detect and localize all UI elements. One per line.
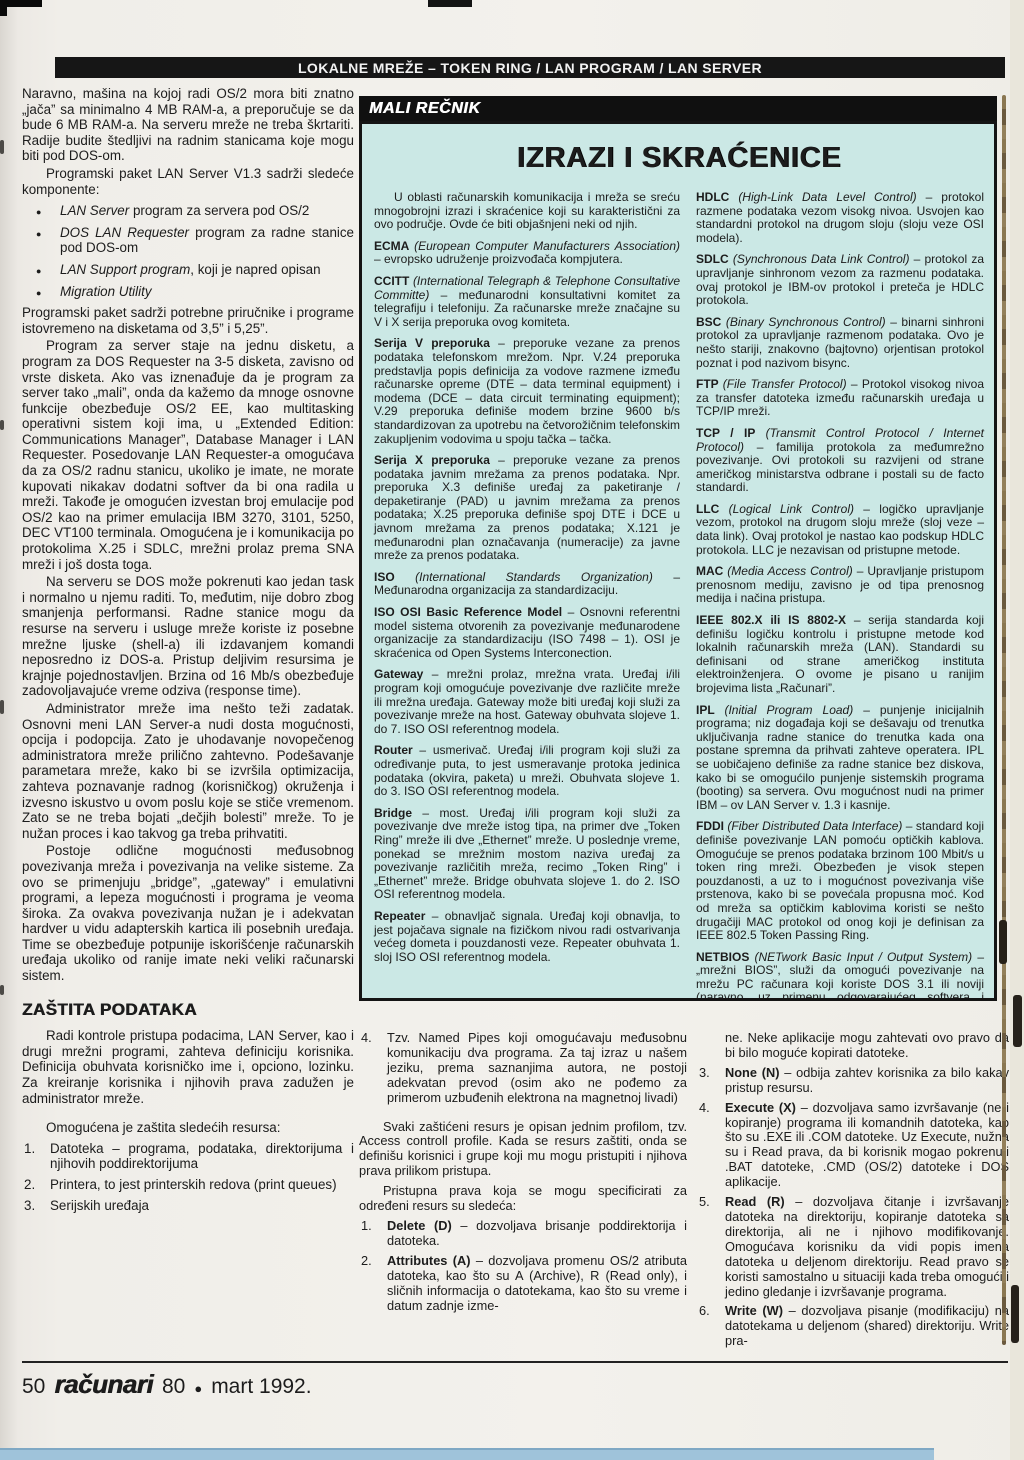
entry-term: Gateway [374, 667, 432, 681]
entry-expansion: (European Computer Manufacturers Associa… [414, 239, 680, 253]
text-block: ●LAN Server program za servera pod OS/2 [22, 203, 354, 219]
footer-rule [22, 1361, 1008, 1363]
scan-paper-edge [1010, 0, 1024, 1460]
entry-term: Bridge [374, 806, 422, 820]
text-block: Radi kontrole pristupa podacima, LAN Ser… [22, 1028, 354, 1106]
term-text: LAN Server [60, 203, 133, 218]
glossary-left-entries: ECMA (European Computer Manufacturers As… [374, 240, 680, 965]
entry-term: Serija V preporuka [374, 336, 498, 350]
text-block: 3.None (N) – odbija zahtev korisnika za … [697, 1066, 1009, 1096]
issue-number: 80 [162, 1375, 185, 1399]
entry-expansion: (Synchronous Data Link Control) [733, 252, 910, 266]
text-block: 5.Read (R) – dozvoljava čitanje i izvrša… [697, 1195, 1009, 1299]
entry-expansion: (File Transfer Protocol) [723, 377, 847, 391]
entry-expansion: (Initial Program Load) [724, 703, 853, 717]
glossary-entry: Repeater – obnavljač signala. Uređaj koj… [374, 910, 680, 964]
text-block: ●LAN Support program, koji je napred opi… [22, 262, 354, 278]
glossary-label: MALI REČNIK [369, 100, 480, 118]
scan-edge-tick [0, 700, 4, 714]
entry-expansion: (Media Access Control) [727, 564, 852, 578]
body-text: Serijskih uređaja [50, 1198, 149, 1213]
glossary-right-entries: HDLC (High-Link Data Level Control) – pr… [696, 191, 984, 1001]
entry-term: ISO [374, 570, 415, 584]
glossary-entry: IEEE 802.X ili IS 8802-X – serija standa… [696, 614, 984, 696]
glossary-entry: Gateway – mrežni prolaz, mrežna vrata. U… [374, 668, 680, 736]
list-marker: ● [36, 205, 41, 221]
entry-term: FTP [696, 377, 723, 391]
text-block: Postoje odlične mogućnosti međusobnog po… [22, 843, 354, 983]
glossary-intro: U oblasti računarskih komunikacija i mre… [374, 191, 680, 232]
glossary-entry: ISO (International Standards Organizatio… [374, 571, 680, 598]
footer-date: mart 1992. [211, 1375, 311, 1399]
body-text: Na serveru se DOS može pokrenuti kao jed… [22, 574, 354, 698]
entry-term: Serija X preporuka [374, 453, 498, 467]
scan-edge-tick [0, 140, 4, 154]
text-block: Na serveru se DOS može pokrenuti kao jed… [22, 574, 354, 699]
entry-expansion: (Logical Link Control) [729, 502, 854, 516]
body-text: Naravno, mašina na kojoj radi OS/2 mora … [22, 86, 354, 163]
entry-term: Repeater [374, 909, 432, 923]
entry-term: Router [374, 743, 419, 757]
term-text: Migration Utility [60, 284, 152, 299]
list-marker: ● [36, 286, 41, 302]
scan-edge-tick [0, 985, 4, 995]
text-block: 4.Tzv. Named Pipes koji omogućavaju među… [359, 1031, 687, 1106]
glossary-entry: LLC (Logical Link Control) – logičko upr… [696, 503, 984, 557]
text-block: Program za server staje na jednu disketu… [22, 338, 354, 572]
glossary-entry: BSC (Binary Synchronous Control) – binar… [696, 316, 984, 370]
entry-term: ISO OSI Basic Reference Model [374, 605, 568, 619]
entry-definition: – usmerivač. Uređaj i/ili program koji s… [374, 743, 680, 798]
entry-term: IEEE 802.X ili IS 8802-X [696, 613, 854, 627]
list-marker: 2. [361, 1254, 372, 1269]
entry-definition: – standard koji definiše povezivanje LAN… [696, 819, 984, 942]
magazine-page: LOKALNE MREŽE – TOKEN RING / LAN PROGRAM… [0, 0, 1024, 1460]
entry-expansion: (High-Link Data Level Control) [738, 190, 916, 204]
list-marker: ● [36, 227, 41, 243]
body-text: program za servera pod OS/2 [133, 203, 309, 218]
glossary-columns: U oblasti računarskih komunikacija i mre… [374, 191, 984, 1001]
body-text: Postoje odlične mogućnosti međusobnog po… [22, 843, 354, 983]
entry-expansion: (NETwork Basic Input / Output System) [755, 950, 973, 964]
body-text: Program za server staje na jednu disketu… [22, 338, 354, 571]
entry-expansion: (Fiber Distributed Data Interface) [727, 819, 902, 833]
text-block: 2.Attributes (A) – dozvoljava promenu OS… [359, 1254, 687, 1314]
body-text: , koji je napred opisan [190, 262, 320, 277]
body-text: Radi kontrole pristupa podacima, LAN Ser… [22, 1028, 354, 1105]
list-marker: 2. [24, 1177, 35, 1193]
text-block: 1.Delete (D) – dozvoljava brisanje poddi… [359, 1219, 687, 1249]
glossary-entry: Serija V preporuka – preporuke vezane za… [374, 337, 680, 446]
glossary-box: MALI REČNIK IZRAZI I SKRAĆENICE U oblast… [359, 96, 997, 1001]
entry-term: BSC [696, 315, 726, 329]
glossary-entry: Bridge – most. Uređaj i/ili program koji… [374, 807, 680, 902]
scan-edge-tick [0, 420, 4, 430]
text-block: ZAŠTITA PODATAKA [22, 1002, 354, 1018]
entry-definition: – preporuke vezane za prenos podataka ja… [374, 453, 680, 562]
glossary-entry: ISO OSI Basic Reference Model – Osnovni … [374, 606, 680, 660]
entry-definition: – punjenje inicijalnih programa; niz dog… [696, 703, 984, 812]
term-text: Attributes (A) [387, 1253, 476, 1268]
list-marker: 1. [24, 1141, 35, 1157]
glossary-entry: HDLC (High-Link Data Level Control) – pr… [696, 191, 984, 245]
entry-definition: – preporuke vezane za prenos podataka te… [374, 336, 680, 445]
glossary-entry: Serija X preporuka – preporuke vezane za… [374, 454, 680, 563]
list-marker: 1. [361, 1219, 372, 1234]
entry-definition: – evropsko udruženje proizvođača kompjut… [374, 252, 623, 266]
entry-term: TCP / IP [696, 426, 766, 440]
text-block: 3.Serijskih uređaja [22, 1198, 354, 1214]
scan-ink-blob [1011, 1285, 1019, 1343]
body-text: Programski paket sadrži potrebne priručn… [22, 305, 354, 336]
text-block: Programski paket LAN Server V1.3 sadrži … [22, 166, 354, 197]
text-block: Omogućena je zaštita sledećih resursa: [22, 1120, 354, 1136]
text-block: Administrator mreže ima nešto teži zadat… [22, 701, 354, 841]
text-block: Svaki zaštićeni resurs je opisan jednim … [359, 1120, 687, 1180]
body-text: Tzv. Named Pipes koji omogućavaju međuso… [387, 1030, 687, 1105]
term-text: Delete (D) [387, 1218, 460, 1233]
scan-bottom-band [0, 1448, 934, 1460]
footer-bullet-icon: ● [194, 1381, 202, 1396]
entry-expansion: (International Standards Organization) [415, 570, 653, 584]
entry-term: SDLC [696, 252, 733, 266]
term-text: None (N) [725, 1065, 784, 1080]
text-block: 6.Write (W) – dozvoljava pisanje (modifi… [697, 1304, 1009, 1349]
scan-corner-mark [0, 0, 7, 16]
glossary-entry: IPL (Initial Program Load) – punjenje in… [696, 704, 984, 813]
entry-term: ECMA [374, 239, 414, 253]
entry-term: IPL [696, 703, 724, 717]
magazine-logo: računari [54, 1369, 153, 1400]
glossary-entry: ECMA (European Computer Manufacturers As… [374, 240, 680, 267]
entry-term: NETBIOS [696, 950, 755, 964]
entry-term: MAC [696, 564, 727, 578]
glossary-entry: CCITT (International Telegraph & Telepho… [374, 275, 680, 329]
list-marker: 5. [699, 1195, 710, 1210]
glossary-entry: MAC (Media Access Control) – Upravljanje… [696, 565, 984, 606]
text-block: ne. Neke aplikacije mogu zahtevati ovo p… [697, 1031, 1009, 1061]
top-nav-bar: LOKALNE MREŽE – TOKEN RING / LAN PROGRAM… [55, 57, 1005, 78]
entry-term: LLC [696, 502, 729, 516]
text-block: Pristupna prava koja se mogu specificira… [359, 1184, 687, 1214]
entry-definition: – most. Uređaj i/ili program koji služi … [374, 806, 680, 902]
body-text: Pristupna prava koja se mogu specificira… [359, 1183, 687, 1213]
text-block: 1.Datoteka – programa, podataka, direkto… [22, 1141, 354, 1172]
entry-expansion: (Binary Synchronous Control) [726, 315, 886, 329]
article-middle-column: 4.Tzv. Named Pipes koji omogućavaju među… [359, 1031, 687, 1318]
text-block: 2.Printera, to jest printerskih redova (… [22, 1177, 354, 1193]
glossary-entry: TCP / IP (Transmit Control Protocol / In… [696, 427, 984, 495]
body-text: Datoteka – programa, podataka, direktori… [50, 1141, 354, 1172]
text-block: Naravno, mašina na kojoj radi OS/2 mora … [22, 86, 354, 164]
text-block: 4.Execute (X) – dozvoljava samo izvršava… [697, 1101, 1009, 1190]
entry-term: HDLC [696, 190, 738, 204]
entry-term: CCITT [374, 274, 413, 288]
glossary-entry: NETBIOS (NETwork Basic Input / Output Sy… [696, 951, 984, 1001]
body-text: Administrator mreže ima nešto teži zadat… [22, 701, 354, 841]
article-left-column: Naravno, mašina na kojoj radi OS/2 mora … [22, 86, 354, 1218]
article-right-column: ne. Neke aplikacije mogu zahtevati ovo p… [697, 1031, 1009, 1354]
term-text: DOS LAN Requester [60, 225, 195, 240]
term-text: Read (R) [725, 1194, 795, 1209]
top-nav-bar-text: LOKALNE MREŽE – TOKEN RING / LAN PROGRAM… [298, 60, 762, 76]
body-text: – dozvoljava čitanje i izvršavanje datot… [725, 1194, 1009, 1298]
term-text: Execute (X) [725, 1100, 801, 1115]
glossary-entry: Router – usmerivač. Uređaj i/ili program… [374, 744, 680, 798]
term-text: LAN Support program [60, 262, 190, 277]
text-block: ●DOS LAN Requester program za radne stan… [22, 225, 354, 256]
list-marker: 4. [699, 1101, 710, 1116]
list-marker: 3. [24, 1198, 35, 1214]
text-block: ●Migration Utility [22, 284, 354, 300]
list-marker: 6. [699, 1304, 710, 1319]
footer: 50 računari 80 ● mart 1992. [22, 1369, 312, 1400]
glossary-entry: FDDI (Fiber Distributed Data Interface) … [696, 820, 984, 942]
body-text: ne. Neke aplikacije mogu zahtevati ovo p… [725, 1030, 1009, 1060]
scan-ink-blob [1013, 995, 1022, 1047]
glossary-left-column: U oblasti računarskih komunikacija i mre… [374, 191, 680, 1001]
body-text: ZAŠTITA PODATAKA [22, 1000, 197, 1019]
scan-ink-blob [999, 920, 1007, 964]
glossary-body: IZRAZI I SKRAĆENICE U oblasti računarski… [359, 121, 997, 1001]
glossary-label-bar: MALI REČNIK [359, 96, 997, 121]
glossary-right-column: HDLC (High-Link Data Level Control) – pr… [696, 191, 984, 1001]
scan-top-mark [428, 0, 472, 7]
list-marker: 4. [361, 1031, 372, 1046]
term-text: Write (W) [725, 1303, 789, 1318]
body-text: Printera, to jest printerskih redova (pr… [50, 1177, 337, 1192]
glossary-entry: FTP (File Transfer Protocol) – Protokol … [696, 378, 984, 419]
glossary-title: IZRAZI I SKRAĆENICE [374, 142, 984, 175]
list-marker: ● [36, 264, 41, 280]
scan-gutter-line [1002, 95, 1006, 1345]
body-text: Omogućena je zaštita sledećih resursa: [46, 1120, 280, 1135]
page-number: 50 [22, 1375, 45, 1399]
text-block: Programski paket sadrži potrebne priručn… [22, 305, 354, 336]
glossary-entry: SDLC (Synchronous Data Link Control) – p… [696, 253, 984, 307]
body-text: Svaki zaštićeni resurs je opisan jednim … [359, 1119, 687, 1179]
list-marker: 3. [699, 1066, 710, 1081]
body-text: Programski paket LAN Server V1.3 sadrži … [22, 166, 354, 197]
entry-term: FDDI [696, 819, 727, 833]
